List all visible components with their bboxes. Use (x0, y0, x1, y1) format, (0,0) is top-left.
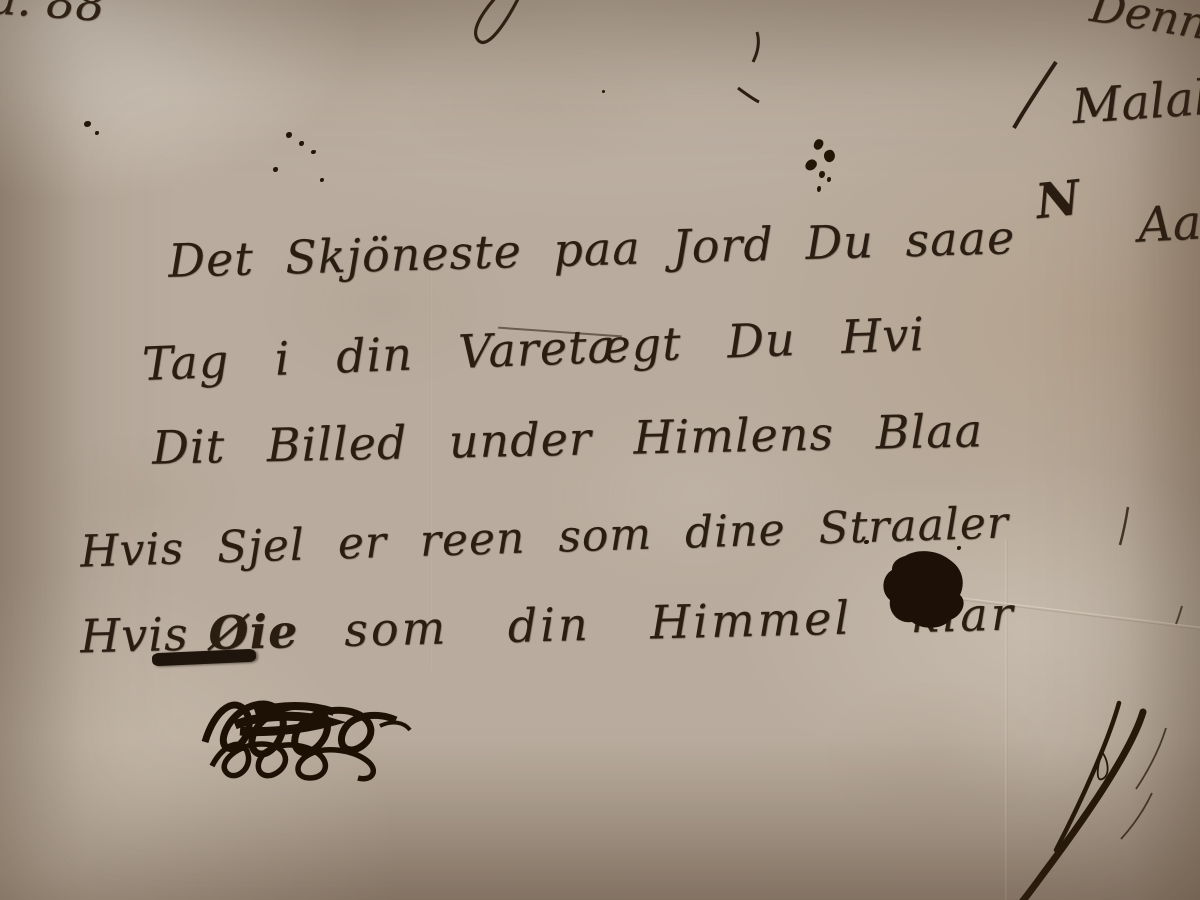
top-right-text-fragment-2: Malak (1070, 69, 1200, 135)
manuscript-photo: a. 88 Denn Malak N Aa Det Skjöneste paa … (0, 0, 1200, 900)
pen-mark-n: N (1033, 170, 1082, 230)
right-edge-text-fragment: Aa (1137, 194, 1200, 253)
